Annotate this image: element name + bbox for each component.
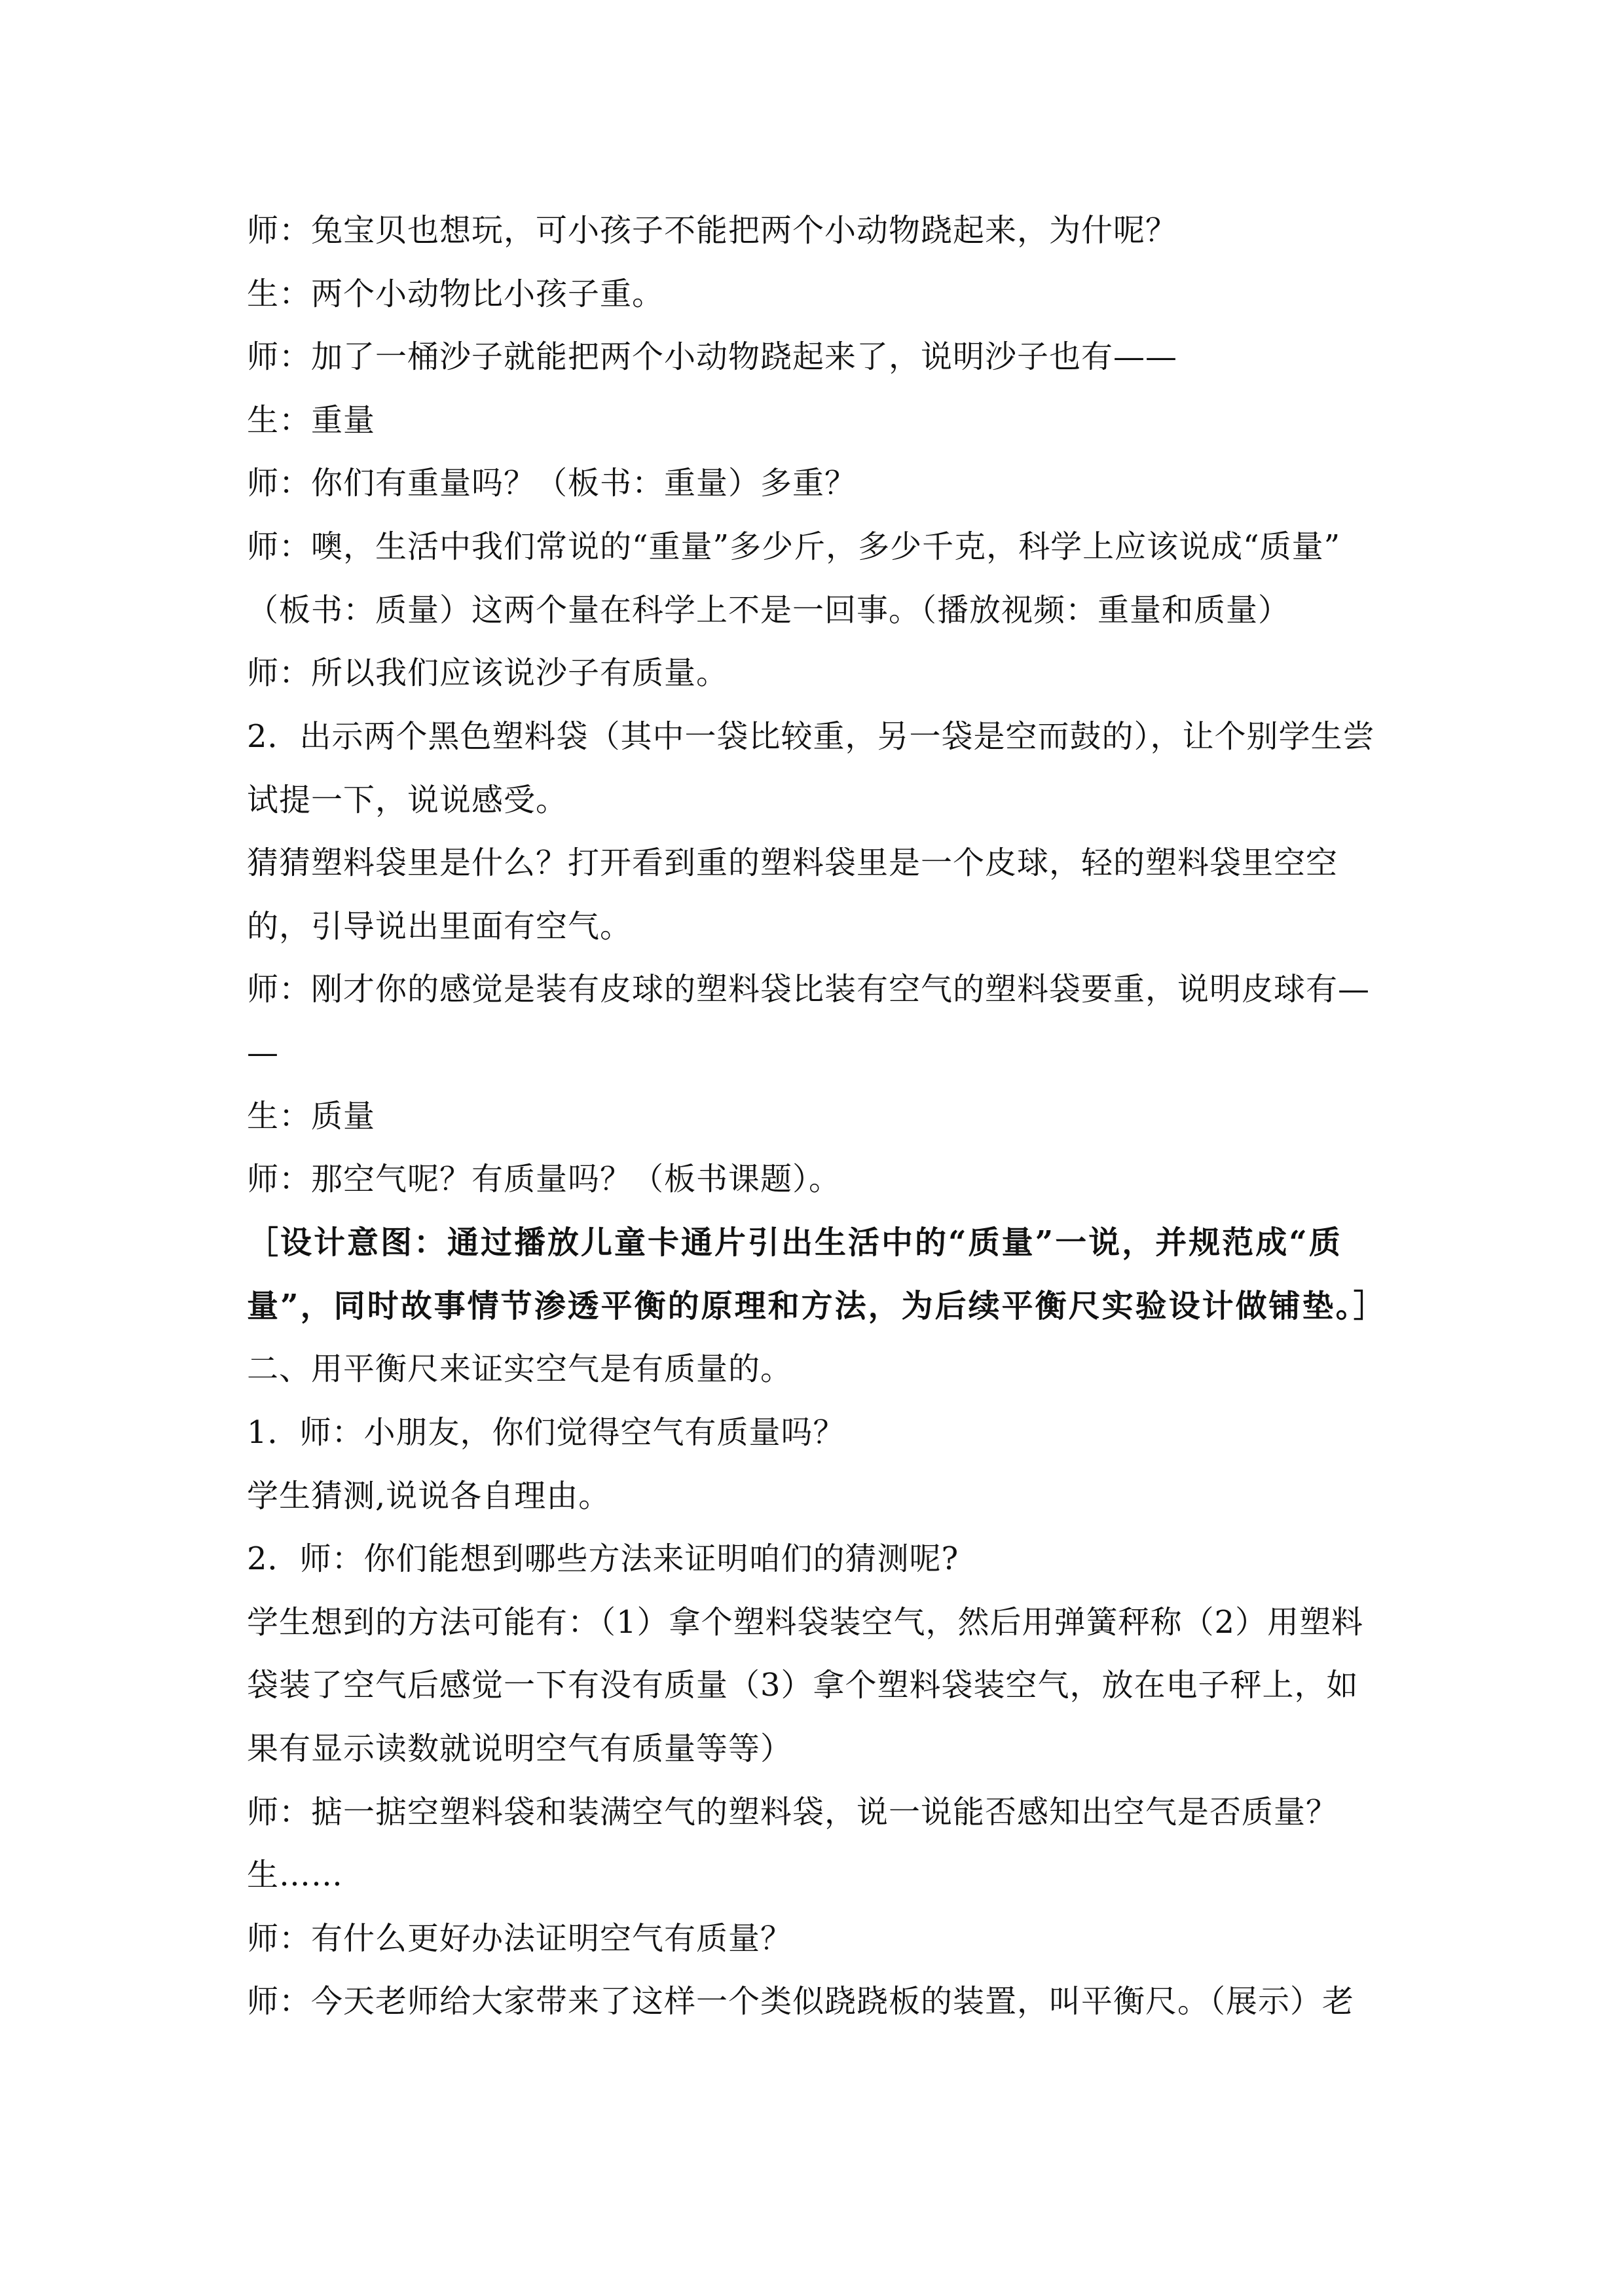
paragraph-line: 袋装了空气后感觉一下有没有质量（3）拿个塑料袋装空气，放在电子秤上，如: [247, 1666, 1386, 1705]
document-page: 师：兔宝贝也想玩，可小孩子不能把两个小动物跷起来，为什呢？ 生：两个小动物比小孩…: [0, 0, 1624, 2296]
dialogue-line-student: 生……: [247, 1855, 1386, 1895]
dialogue-line-student: 生：两个小动物比小孩子重。: [247, 274, 1386, 314]
dialogue-line-teacher: 师：兔宝贝也想玩，可小孩子不能把两个小动物跷起来，为什呢？: [247, 211, 1386, 250]
section-heading: 二、用平衡尺来证实空气是有质量的。: [247, 1349, 1386, 1389]
design-intent-note-continued: 量”，同时故事情节渗透平衡的原理和方法，为后续平衡尺实验设计做铺垫。］: [247, 1286, 1386, 1326]
dialogue-line-student: 生：质量: [247, 1097, 1386, 1136]
numbered-step-continued: 试提一下，说说感受。: [247, 780, 1386, 820]
dialogue-line-continued: （板书：质量）这两个量在科学上不是一回事。（播放视频：重量和质量）: [247, 591, 1386, 630]
dialogue-line-teacher: 师：刚才你的感觉是装有皮球的塑料袋比装有空气的塑料袋要重，说明皮球有—: [247, 970, 1386, 1009]
dialogue-line-teacher: 师：加了一桶沙子就能把两个小动物跷起来了，说明沙子也有——: [247, 337, 1386, 376]
numbered-step: 1．师：小朋友，你们觉得空气有质量吗？: [247, 1413, 1386, 1452]
dialogue-line-teacher: 师：今天老师给大家带来了这样一个类似跷跷板的装置，叫平衡尺。（展示）老: [247, 1982, 1386, 2021]
numbered-step: 2．师：你们能想到哪些方法来证明咱们的猜测呢?: [247, 1539, 1386, 1578]
dialogue-line-continued: —: [247, 1033, 1386, 1072]
paragraph-line: 的，引导说出里面有空气。: [247, 907, 1386, 946]
paragraph-line: 学生想到的方法可能有：（1）拿个塑料袋装空气，然后用弹簧秤称（2）用塑料: [247, 1603, 1386, 1642]
paragraph-line: 果有显示读数就说明空气有质量等等）: [247, 1729, 1386, 1768]
paragraph-line: 学生猜测,说说各自理由。: [247, 1476, 1386, 1516]
dialogue-line-teacher: 师：你们有重量吗？（板书：重量）多重？: [247, 464, 1386, 503]
design-intent-note: ［设计意图：通过播放儿童卡通片引出生活中的“质量”一说，并规范成“质: [247, 1223, 1386, 1262]
dialogue-line-teacher: 师：掂一掂空塑料袋和装满空气的塑料袋，说一说能否感知出空气是否质量？: [247, 1793, 1386, 1832]
dialogue-line-teacher: 师：噢，生活中我们常说的“重量”多少斤，多少千克，科学上应该说成“质量”: [247, 527, 1386, 566]
numbered-step: 2．出示两个黑色塑料袋（其中一袋比较重，另一袋是空而鼓的），让个别学生尝: [247, 717, 1386, 756]
dialogue-line-teacher: 师：有什么更好办法证明空气有质量？: [247, 1919, 1386, 1958]
dialogue-line-student: 生：重量: [247, 401, 1386, 440]
paragraph-line: 猜猜塑料袋里是什么？打开看到重的塑料袋里是一个皮球，轻的塑料袋里空空: [247, 843, 1386, 883]
dialogue-line-teacher: 师：所以我们应该说沙子有质量。: [247, 653, 1386, 693]
dialogue-line-teacher: 师：那空气呢？有质量吗？（板书课题）。: [247, 1159, 1386, 1199]
